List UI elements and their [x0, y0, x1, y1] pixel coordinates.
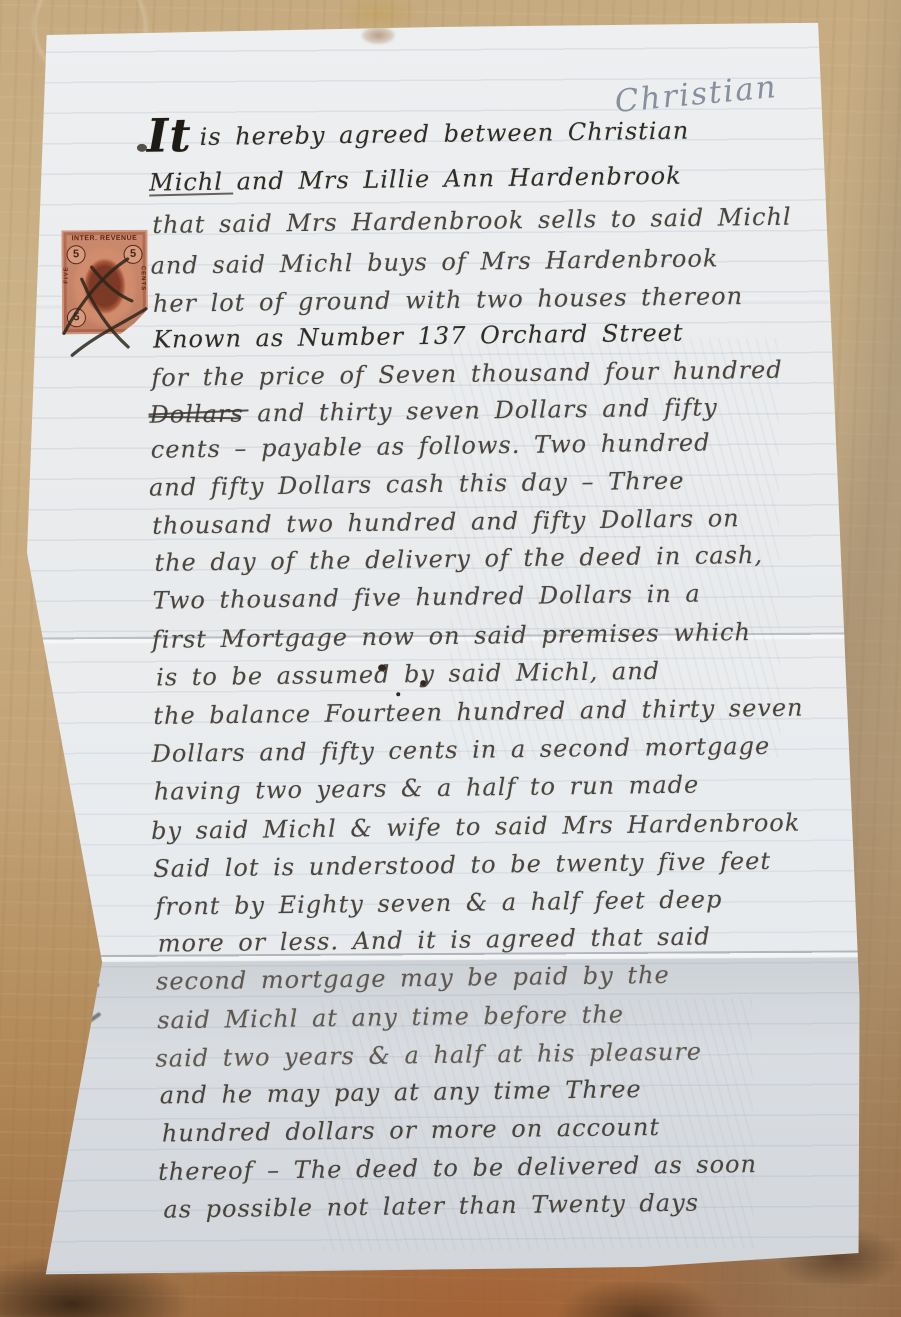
handwritten-line: thousand two hundred and fifty Dollars o…	[152, 504, 740, 540]
handwritten-line: Two thousand five hundred Dollars in a	[153, 580, 701, 615]
margin-smudge	[66, 981, 100, 998]
stamp-denomination: 5	[67, 308, 86, 327]
ink-blot	[137, 144, 147, 152]
handwritten-line: the day of the delivery of the deed in c…	[154, 541, 763, 577]
paper-stain	[361, 26, 395, 44]
stamp-denomination: 5	[67, 245, 86, 264]
wood-table-background: Christian INTER. REVENUE 5 5 5 FIVE CENT…	[0, 0, 901, 1317]
handwritten-line: for the price of Seven thousand four hun…	[151, 356, 783, 392]
handwritten-line: Dollars and thirty seven Dollars and fif…	[149, 393, 717, 428]
handwritten-line: Known as Number 137 Orchard Street	[153, 319, 684, 354]
revenue-stamp: INTER. REVENUE 5 5 5 FIVE CENTS	[61, 230, 148, 335]
margin-smudge	[75, 956, 99, 973]
handwritten-line: and said Michl buys of Mrs Hardenbrook	[150, 244, 718, 279]
flourished-initial: It	[146, 108, 191, 163]
pencil-annotation: Christian	[613, 69, 779, 120]
handwritten-line: that said Mrs Hardenbrook sells to said …	[152, 203, 792, 239]
ink-blot	[396, 692, 400, 696]
handwritten-line: Michl and Mrs Lillie Ann Hardenbrook	[149, 162, 682, 197]
stamp-side-label-right: CENTS	[140, 266, 146, 291]
handwritten-line: cents – payable as follows. Two hundred	[151, 428, 711, 463]
handwritten-line: Itis hereby agreed between Christian	[147, 117, 690, 152]
handwritten-agreement-page: Christian INTER. REVENUE 5 5 5 FIVE CENT…	[16, 17, 869, 1284]
handwritten-line: and fifty Dollars cash this day – Three	[149, 467, 685, 502]
stamp-side-label-left: FIVE	[64, 266, 70, 283]
stamp-denomination: 5	[124, 245, 143, 264]
stamp-inscription: INTER. REVENUE	[65, 235, 143, 242]
handwritten-line: her lot of ground with two houses thereo…	[153, 282, 744, 318]
